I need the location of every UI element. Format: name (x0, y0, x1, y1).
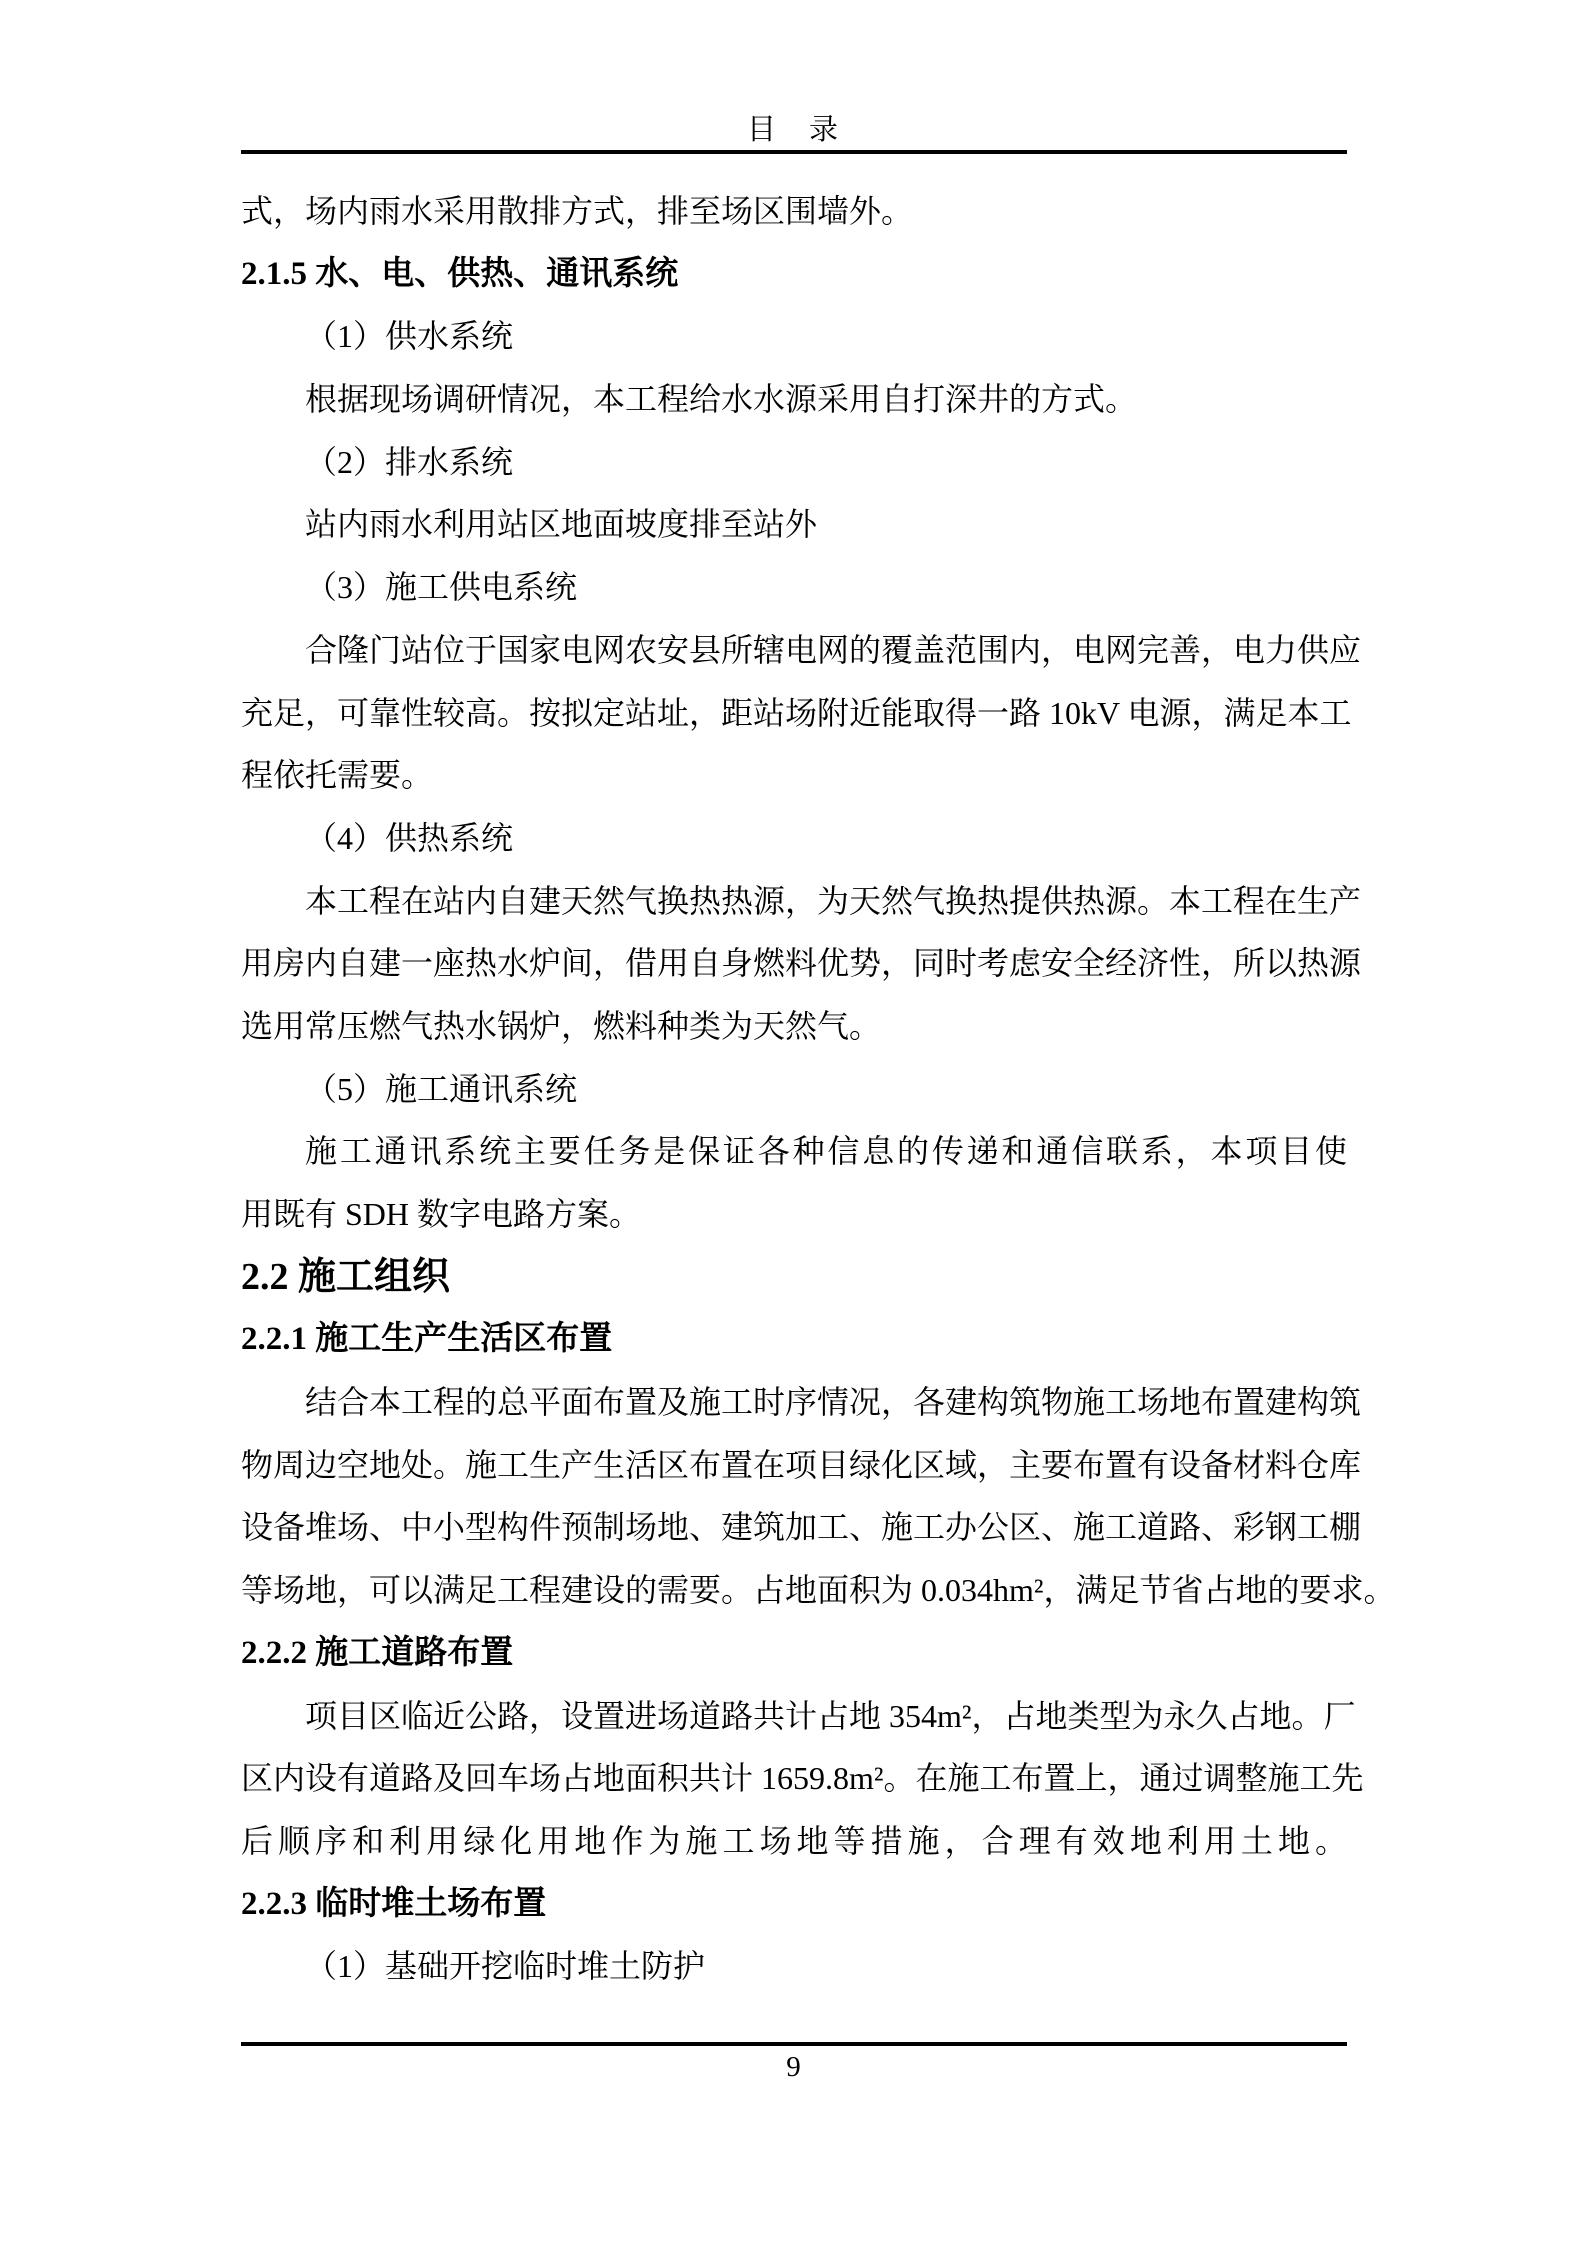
paragraph-line: 结合本工程的总平面布置及施工时序情况，各建构筑物施工场地布置建构筑 (241, 1371, 1347, 1434)
paragraph-line: 用既有 SDH 数字电路方案。 (241, 1183, 1347, 1246)
document-content: 式，场内雨水采用散排方式，排至场区围墙外。 2.1.5 水、电、供热、通讯系统 … (241, 180, 1347, 1998)
heading-2-2: 2.2 施工组织 (241, 1246, 1347, 1309)
paragraph-line: 设备堆场、中小型构件预制场地、建筑加工、施工办公区、施工道路、彩钢工棚 (241, 1496, 1347, 1559)
item-3-power-supply-system: （3）施工供电系统 (241, 556, 1347, 619)
paragraph-line: 程依托需要。 (241, 744, 1347, 807)
paragraph-line: 充足，可靠性较高。按拟定站址，距站场附近能取得一路 10kV 电源，满足本工 (241, 682, 1347, 745)
paragraph-line: 后顺序和利用绿化用地作为施工场地等措施，合理有效地利用土地。 (241, 1810, 1347, 1873)
paragraph-line: 物周边空地处。施工生产生活区布置在项目绿化区域，主要布置有设备材料仓库 (241, 1434, 1347, 1497)
paragraph-continuation-line: 式，场内雨水采用散排方式，排至场区围墙外。 (241, 180, 1347, 243)
heading-2-2-3: 2.2.3 临时堆土场布置 (241, 1873, 1347, 1936)
heading-2-1-5: 2.1.5 水、电、供热、通讯系统 (241, 243, 1347, 306)
page-number: 9 (0, 2046, 1587, 2088)
paragraph-line: 合隆门站位于国家电网农安县所辖电网的覆盖范围内，电网完善，电力供应 (241, 619, 1347, 682)
paragraph-line: 等场地，可以满足工程建设的需要。占地面积为 0.034hm²，满足节省占地的要求… (241, 1559, 1347, 1622)
item-2-drainage-system: （2）排水系统 (241, 431, 1347, 494)
item-1-foundation-excavation: （1）基础开挖临时堆土防护 (241, 1935, 1347, 1998)
item-5-communication-system: （5）施工通讯系统 (241, 1058, 1347, 1121)
paragraph-line: 根据现场调研情况，本工程给水水源采用自打深井的方式。 (241, 368, 1347, 431)
header-rule (241, 150, 1347, 154)
paragraph-line: 项目区临近公路，设置进场道路共计占地 354m²，占地类型为永久占地。厂 (241, 1685, 1347, 1748)
paragraph-line: 用房内自建一座热水炉间，借用自身燃料优势，同时考虑安全经济性，所以热源 (241, 932, 1347, 995)
paragraph-line: 选用常压燃气热水锅炉，燃料种类为天然气。 (241, 995, 1347, 1058)
heading-2-2-2: 2.2.2 施工道路布置 (241, 1622, 1347, 1685)
item-4-heating-system: （4）供热系统 (241, 807, 1347, 870)
heading-2-2-1: 2.2.1 施工生产生活区布置 (241, 1308, 1347, 1371)
paragraph-line: 本工程在站内自建天然气换热热源，为天然气换热提供热源。本工程在生产 (241, 870, 1347, 933)
paragraph-line: 站内雨水利用站区地面坡度排至站外 (241, 493, 1347, 556)
paragraph-line: 施工通讯系统主要任务是保证各种信息的传递和通信联系，本项目使 (241, 1120, 1347, 1183)
document-page: 目 录 式，场内雨水采用散排方式，排至场区围墙外。 2.1.5 水、电、供热、通… (0, 0, 1587, 2245)
item-1-water-supply-system: （1）供水系统 (241, 305, 1347, 368)
paragraph-line: 区内设有道路及回车场占地面积共计 1659.8m²。在施工布置上，通过调整施工先 (241, 1747, 1347, 1810)
